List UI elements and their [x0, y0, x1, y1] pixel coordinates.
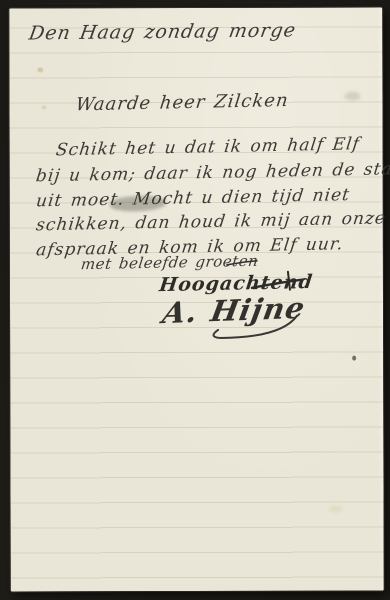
paper-stain	[329, 506, 343, 513]
paper-stain	[37, 67, 43, 72]
ink-speck	[352, 356, 356, 361]
letter-body-line: Schikt het u dat ik om half Elf	[55, 133, 362, 161]
letter-signature: A. Hijne	[160, 291, 308, 330]
letter-paper: Den Haag zondag morge Waarde heer Zilcke…	[9, 8, 384, 592]
paper-stain	[41, 105, 46, 109]
letter-body-line: schikken, dan houd ik mij aan onze	[35, 207, 387, 236]
pencil-smudge	[344, 92, 360, 101]
letter-dateline: Den Haag zondag morge	[27, 19, 298, 44]
scan-background: Den Haag zondag morge Waarde heer Zilcke…	[0, 0, 390, 600]
letter-salutation: Waarde heer Zilcken	[75, 90, 290, 115]
letter-closing: met beleefde groeten	[80, 252, 260, 274]
letter-body-line: bij u kom; daar ik nog heden de stad	[35, 158, 390, 187]
